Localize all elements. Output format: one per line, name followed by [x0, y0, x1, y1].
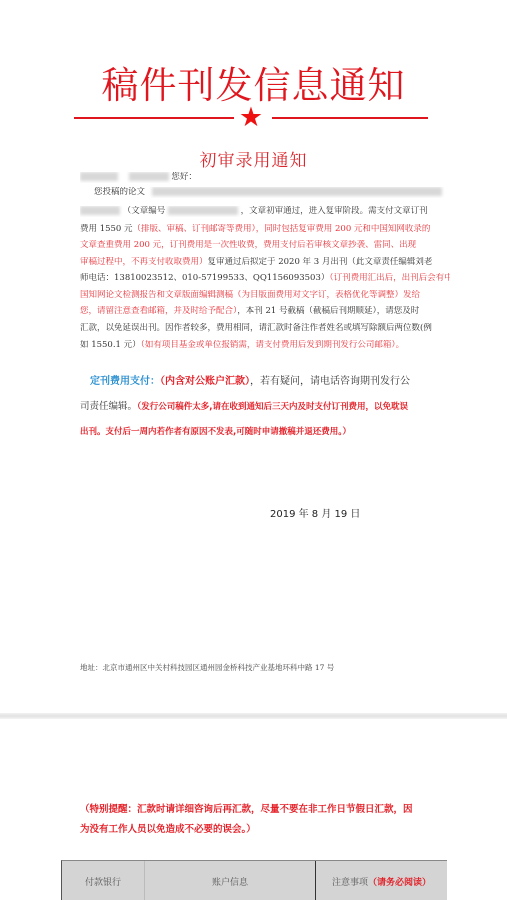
body-line: 师电话：13810023512、010-57199533、QQ115609350… — [80, 273, 450, 284]
title-rule-left — [74, 117, 234, 119]
redacted-title — [152, 187, 442, 196]
payment-table-header: 付款银行 账户信息 注意事项（请务必阅读） — [61, 860, 447, 900]
redacted-id — [168, 206, 238, 215]
special-reminder: （特别提醒：汇款时请详细咨询后再汇款，尽量不要在非工作日节假日汇款，因 为没有工… — [80, 800, 450, 840]
body-line: 您投稿的论文 — [80, 187, 450, 198]
body-line: 审稿过程中，不再支付收取费用）复审通过后拟定于 2020 年 3 月出刊（此文章… — [80, 257, 450, 268]
redacted-name — [80, 172, 118, 181]
redacted-name — [129, 172, 169, 181]
body-line: 费用 1550 元（排版、审稿、订刊邮寄等费用），同时包括复审费用 200 元和… — [80, 224, 450, 235]
body-line: 文章查重费用 200 元，订刊费用是一次性收费，费用支付后若审核文章抄袭、雷同、… — [80, 240, 450, 251]
page-break — [0, 713, 507, 719]
document-date: 2019 年 8 月 19 日 — [270, 505, 360, 520]
redacted-title — [80, 206, 120, 215]
title-rule-right — [272, 117, 428, 119]
table-header-account: 账户信息 — [145, 861, 316, 900]
greeting-line: 您好： — [80, 172, 450, 183]
document-subtitle: 初审录用通知 — [0, 146, 507, 171]
payment-label: 定刊费用支付： — [90, 376, 160, 387]
star-icon: ★ — [236, 103, 266, 133]
body-line: 国知网论文检测报告和文章版面编辑测稿（为目版面费用对文字订，表格优化等调整）发给 — [80, 290, 450, 301]
table-header-bank: 付款银行 — [62, 861, 145, 900]
body-line: （文章编号 ，文章初审通过，进入复审阶段。需支付文章订刊 — [80, 206, 450, 217]
payment-section: 定刊费用支付：（内含对公账户汇款），若有疑问，请电话咨询期刊发行公 司责任编辑。… — [80, 369, 450, 445]
body-line: 汇款，以免延误出刊。因作者较多，费用相同，请汇款时备注作者姓名或填写除额后两位数… — [80, 323, 450, 334]
body-line: 如 1550.1 元）（如有项目基金或单位报销需，请支付费用后发到期刊发行公司邮… — [80, 340, 450, 351]
address-line: 地址：北京市通州区中关村科技园区通州园金桥科技产业基地环科中路 17 号 — [80, 662, 334, 673]
body-line: 您，请留注意查看邮箱，并及时给予配合），本刊 21 号截稿（截稿后刊期顺延），请… — [80, 306, 450, 317]
table-header-notes: 注意事项（请务必阅读） — [316, 861, 447, 900]
